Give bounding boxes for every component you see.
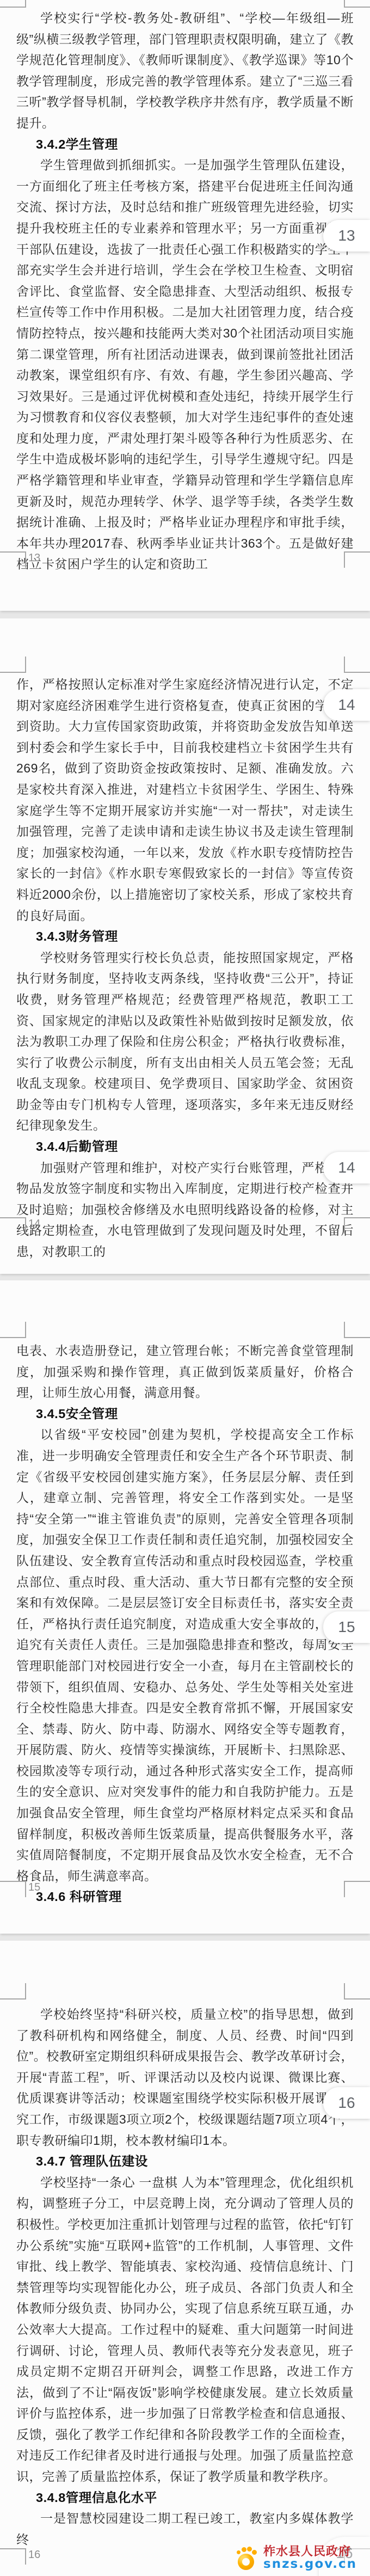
page-number-footer: 13	[28, 552, 40, 565]
paragraph-logistics-management: 加强财产管理和维护，对校产实行台账管理，严格执行物品发放签字制度和实物出入库制度…	[16, 1157, 354, 1262]
corner-mark-bottom-left	[0, 1881, 26, 1897]
document-page-4: 学校始终坚持“科研兴校，质量立校”的指导思想，做到了教科研机构和网络健全，制度、…	[0, 1941, 370, 2576]
paw-logo-icon	[235, 2545, 258, 2571]
paragraph-safety-management: 以省级“平安校园”创建为契机，学校提高安全工作标准，进一步明确安全管理责任和安全…	[16, 1424, 354, 1886]
corner-mark-top-right	[344, 0, 370, 8]
corner-mark-bottom-right	[344, 1881, 370, 1897]
page-1-content: 学校实行“学校-教务处-教研组”、“学校—年级组—班级”纵横三级教学管理，部门管…	[0, 0, 370, 575]
corner-mark-top-right	[344, 1983, 370, 2000]
scroll-page-indicator[interactable]: 15	[323, 1611, 370, 1643]
corner-mark-top-right	[344, 1322, 370, 1338]
scroll-page-indicator[interactable]: 16	[323, 2087, 370, 2119]
paragraph-student-management-continued: 作，严格按照认定标准对学生家庭经济情况进行认定，不定期对家庭经济困难学生进行资格…	[16, 674, 354, 926]
page-1-footer: 13	[0, 551, 370, 579]
corner-mark-top-left	[0, 1983, 26, 2000]
scroll-page-indicator[interactable]: 13	[323, 220, 370, 252]
scroll-page-indicator[interactable]: 14	[323, 1152, 370, 1183]
heading-3-4-8-informatization-level: 3.4.8管理信息化水平	[16, 2487, 354, 2508]
paragraph-logistics-management-continued: 电表、水表造册登记，建立管理台帐；不断完善食堂管理制度，加强采购和操作管理，真正…	[16, 1340, 354, 1403]
corner-mark-top-left	[0, 657, 26, 673]
page-3-content: 电表、水表造册登记，建立管理台帐；不断完善食堂管理制度，加强采购和操作管理，真正…	[0, 1280, 370, 1908]
paragraph-teaching-management: 学校实行“学校-教务处-教研组”、“学校—年级组—班级”纵横三级教学管理，部门管…	[16, 8, 354, 134]
gov-url: snzs.gov.cn	[263, 2557, 357, 2571]
corner-mark-bottom-left	[0, 551, 26, 568]
document-page-2: 作，严格按照认定标准对学生家庭经济情况进行认定，不定期对家庭经济困难学生进行资格…	[0, 618, 370, 1274]
page-3-footer: 15	[0, 1881, 370, 1908]
corner-mark-bottom-left	[0, 1217, 26, 1234]
heading-3-4-5-safety-management: 3.4.5安全管理	[16, 1403, 354, 1425]
page-number-footer: 16	[28, 2549, 40, 2561]
scroll-page-indicator[interactable]: 14	[323, 689, 370, 721]
document-viewer: 学校实行“学校-教务处-教研组”、“学校—年级组—班级”纵横三级教学管理，部门管…	[0, 0, 370, 2576]
corner-mark-bottom-left	[0, 2548, 26, 2565]
page-4-content: 学校始终坚持“科研兴校，质量立校”的指导思想，做到了教科研机构和网络健全，制度、…	[0, 1941, 370, 2550]
page-number-footer: 14	[28, 1218, 40, 1230]
gov-watermark-text: 柞水县人民政府 snzs.gov.cn	[263, 2545, 357, 2572]
heading-3-4-2-student-management: 3.4.2学生管理	[16, 134, 354, 155]
corner-mark-top-left	[0, 0, 26, 8]
corner-mark-bottom-right	[344, 1217, 370, 1234]
paragraph-research-management: 学校始终坚持“科研兴校，质量立校”的指导思想，做到了教科研机构和网络健全，制度、…	[16, 2004, 354, 2151]
corner-mark-top-left	[0, 1322, 26, 1338]
heading-3-4-3-financial-management: 3.4.3财务管理	[16, 926, 354, 947]
paragraph-management-team: 学校坚持“一条心 一盘棋 人为本”管理理念，优化组织机构，调整班子分工，中层竞聘…	[16, 2172, 354, 2487]
gov-name: 柞水县人民政府	[263, 2545, 357, 2558]
paragraph-student-management: 学生管理做到抓细抓实。一是加强学生管理队伍建设，一方面细化了班主任考核方案，搭建…	[16, 155, 354, 575]
document-page-3: 电表、水表造册登记，建立管理台帐；不断完善食堂管理制度，加强采购和操作管理，真正…	[0, 1280, 370, 1934]
page-number-footer: 15	[28, 1881, 40, 1894]
page-2-content: 作，严格按照认定标准对学生家庭经济情况进行认定，不定期对家庭经济困难学生进行资格…	[0, 618, 370, 1262]
heading-3-4-7-management-team-building: 3.4.7 管理队伍建设	[16, 2151, 354, 2172]
gov-watermark: 柞水县人民政府 snzs.gov.cn	[235, 2541, 366, 2575]
page-2-footer: 14	[0, 1217, 370, 1244]
document-page-1: 学校实行“学校-教务处-教研组”、“学校—年级组—班级”纵横三级教学管理，部门管…	[0, 0, 370, 611]
heading-3-4-4-logistics-management: 3.4.4后勤管理	[16, 1136, 354, 1157]
corner-mark-bottom-right	[344, 551, 370, 568]
corner-mark-top-right	[344, 657, 370, 673]
paragraph-financial-management: 学校财务管理实行校长负总责，能按照国家规定，严格执行财务制度，坚持收支两条线，坚…	[16, 947, 354, 1136]
